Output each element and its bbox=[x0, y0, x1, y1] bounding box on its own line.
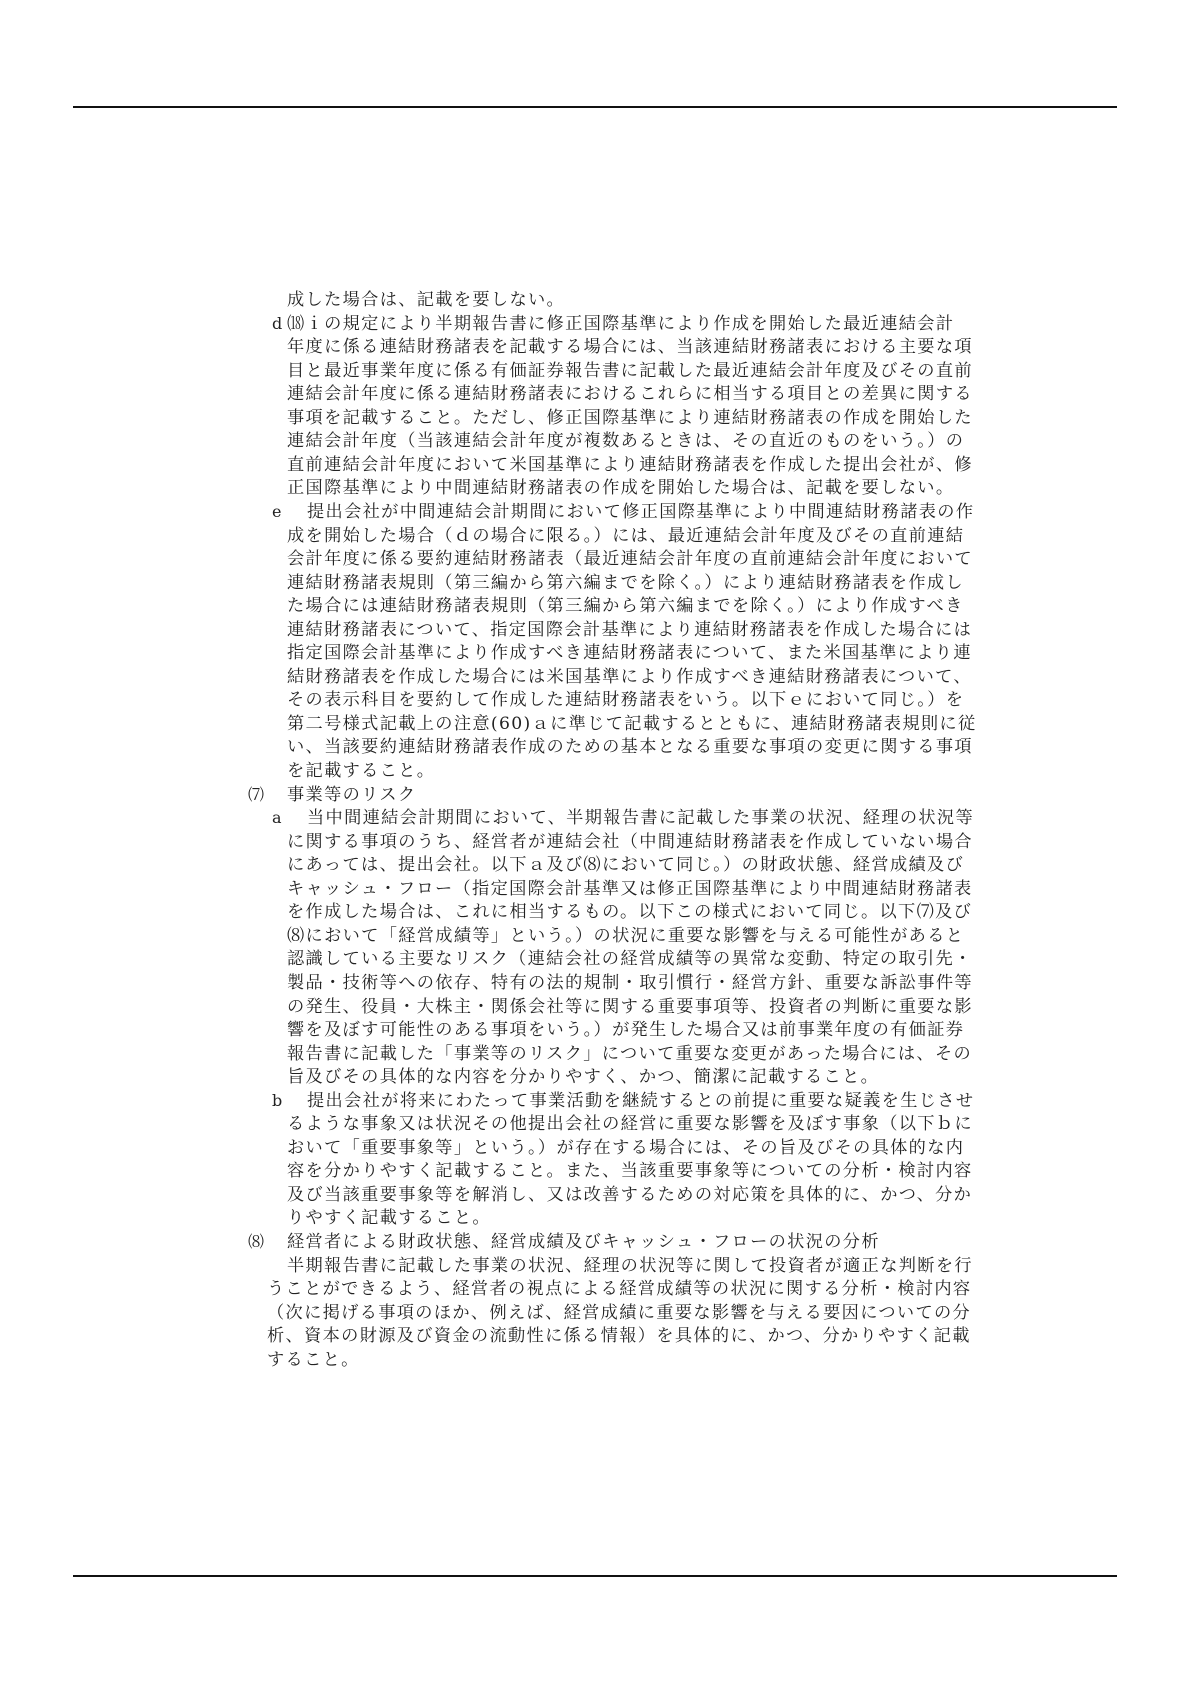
text-line: 容を分かりやすく記載すること。また、当該重要事象等についての分析・検討内容 bbox=[287, 1159, 973, 1183]
header-rule bbox=[73, 106, 1117, 108]
text-line: 成を開始した場合（ｄの場合に限る。）には、最近連結会計年度及びその直前連結 bbox=[287, 524, 964, 548]
text-line: を作成した場合は、これに相当するもの。以下この様式において同じ。以下⑺及び bbox=[287, 900, 972, 924]
text-line: 直前連結会計年度において米国基準により連結財務諸表を作成した提出会社が、修 bbox=[287, 453, 973, 477]
text-line: 連結財務諸表規則（第三編から第六編までを除く。）により連結財務諸表を作成し bbox=[287, 571, 964, 595]
text-line: キャッシュ・フロー（指定国際会計基準又は修正国際基準により中間連結財務諸表 bbox=[287, 877, 973, 901]
text-line: 年度に係る連結財務諸表を記載する場合には、当該連結財務諸表における主要な項 bbox=[287, 335, 973, 359]
text-line: 成した場合は、記載を要しない。 bbox=[287, 288, 565, 312]
text-line: ⑻において「経営成績等」という。）の状況に重要な影響を与える可能性があると bbox=[287, 924, 964, 948]
text-line: に関する事項のうち、経営者が連結会社（中間連結財務諸表を作成していない場合 bbox=[287, 830, 973, 854]
text-line: 指定国際会計基準により作成すべき連結財務諸表について、また米国基準により連 bbox=[287, 641, 972, 665]
section-number: ⑻ bbox=[248, 1230, 264, 1254]
text-line: 析、資本の財源及び資金の流動性に係る情報）を具体的に、かつ、分かりやすく記載 bbox=[267, 1324, 971, 1348]
text-line: 旨及びその具体的な内容を分かりやすく、かつ、簡潔に記載すること。 bbox=[287, 1065, 879, 1089]
section-number: ⑺ bbox=[248, 783, 264, 807]
section-heading: 事業等のリスク bbox=[287, 783, 416, 807]
text-line: 報告書に記載した「事業等のリスク」について重要な変更があった場合には、その bbox=[287, 1042, 972, 1066]
text-line: 製品・技術等への依存、特有の法的規制・取引慣行・経営方針、重要な訴訟事件等 bbox=[287, 971, 973, 995]
text-line: 響を及ぼす可能性のある事項をいう。）が発生した場合又は前事業年度の有価証券 bbox=[287, 1018, 964, 1042]
text-line: （次に掲げる事項のほか、例えば、経営成績に重要な影響を与える要因についての分 bbox=[267, 1301, 971, 1325]
text-line: うことができるよう、経営者の視点による経営成績等の状況に関する分析・検討内容 bbox=[267, 1277, 971, 1301]
text-line: 結財務諸表を作成した場合には米国基準により作成すべき連結財務諸表について、 bbox=[287, 665, 972, 689]
text-line: 連結財務諸表について、指定国際会計基準により連結財務諸表を作成した場合には bbox=[287, 618, 972, 642]
text-line: 正国際基準により中間連結財務諸表の作成を開始した場合は、記載を要しない。 bbox=[287, 476, 954, 500]
text-line: を記載すること。 bbox=[287, 759, 435, 783]
text-line: い、当該要約連結財務諸表作成のための基本となる重要な事項の変更に関する事項 bbox=[287, 735, 973, 759]
text-line: 提出会社が中間連結会計期間において修正国際基準により中間連結財務諸表の作 bbox=[307, 500, 974, 524]
text-line: おいて「重要事象等」という。）が存在する場合には、その旨及びその具体的な内 bbox=[287, 1136, 964, 1160]
text-line: 提出会社が将来にわたって事業活動を継続するとの前提に重要な疑義を生じさせ bbox=[307, 1089, 974, 1113]
text-line: すること。 bbox=[267, 1348, 360, 1372]
text-line: その表示科目を要約して作成した連結財務諸表をいう。以下ｅにおいて同じ。）を bbox=[287, 688, 964, 712]
text-line: りやすく記載すること。 bbox=[287, 1206, 491, 1230]
text-line: 会計年度に係る要約連結財務諸表（最近連結会計年度の直前連結会計年度において bbox=[287, 547, 973, 571]
item-letter: e bbox=[272, 500, 281, 524]
text-line: 半期報告書に記載した事業の状況、経理の状況等に関して投資者が適正な判断を行 bbox=[287, 1254, 973, 1278]
item-letter: d bbox=[272, 312, 282, 336]
text-line: た場合には連結財務諸表規則（第三編から第六編までを除く。）により作成すべき bbox=[287, 594, 964, 618]
item-letter: b bbox=[272, 1089, 282, 1113]
text-line: 当中間連結会計期間において、半期報告書に記載した事業の状況、経理の状況等 bbox=[307, 806, 974, 830]
text-line: 事項を記載すること。ただし、修正国際基準により連結財務諸表の作成を開始した bbox=[287, 406, 973, 430]
text-line: 及び当該重要事象等を解消し、又は改善するための対応策を具体的に、かつ、分か bbox=[287, 1183, 972, 1207]
text-line: 認識している主要なリスク（連結会社の経営成績等の異常な変動、特定の取引先・ bbox=[287, 947, 973, 971]
text-line: るような事象又は状況その他提出会社の経営に重要な影響を及ぼす事象（以下ｂに bbox=[287, 1112, 973, 1136]
text-line: 連結会計年度（当該連結会計年度が複数あるときは、その直近のものをいう。）の bbox=[287, 429, 964, 453]
text-line: にあっては、提出会社。以下ａ及び⑻において同じ。）の財政状態、経営成績及び bbox=[287, 853, 964, 877]
text-line: ⒅ｉの規定により半期報告書に修正国際基準により作成を開始した最近連結会計 bbox=[287, 312, 954, 336]
item-letter: a bbox=[272, 806, 282, 830]
text-line: 第二号様式記載上の注意(60)ａに準じて記載するとともに、連結財務諸表規則に従 bbox=[287, 712, 977, 736]
text-line: 連結会計年度に係る連結財務諸表におけるこれらに相当する項目との差異に関する bbox=[287, 382, 973, 406]
text-line: の発生、役員・大株主・関係会社等に関する重要事項等、投資者の判断に重要な影 bbox=[287, 995, 973, 1019]
footer-rule bbox=[73, 1575, 1117, 1577]
section-heading: 経営者による財政状態、経営成績及びキャッシュ・フローの状況の分析 bbox=[287, 1230, 880, 1254]
text-line: 目と最近事業年度に係る有価証券報告書に記載した最近連結会計年度及びその直前 bbox=[287, 359, 973, 383]
